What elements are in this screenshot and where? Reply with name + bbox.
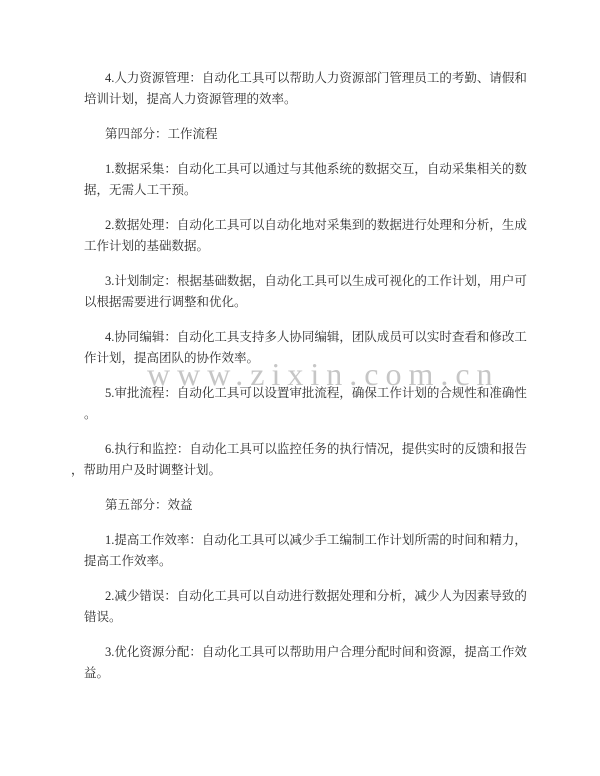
text-line: 以根据需要进行调整和优化。	[84, 292, 532, 313]
document-content: 4.人力资源管理：自动化工具可以帮助人力资源部门管理员工的考勤、请假和培训计划，…	[84, 68, 532, 684]
text-line: 错误。	[84, 607, 532, 628]
paragraph: 1.数据采集：自动化工具可以通过与其他系统的数据交互，自动采集相关的数据，无需人…	[84, 159, 532, 201]
text-line: 2.减少错误：自动化工具可以自动进行数据处理和分析，减少人为因素导致的	[84, 586, 532, 607]
section-heading: 第四部分：工作流程	[84, 124, 532, 145]
text-line: 。	[84, 404, 532, 425]
paragraph: 1.提高工作效率：自动化工具可以减少手工编制工作计划所需的时间和精力，提高工作效…	[84, 530, 532, 572]
text-line: ，帮助用户及时调整计划。	[71, 460, 532, 481]
text-line: 作计划，提高团队的协作效率。	[84, 348, 532, 369]
section-heading: 第五部分：效益	[84, 495, 532, 516]
paragraph: 2.减少错误：自动化工具可以自动进行数据处理和分析，减少人为因素导致的错误。	[84, 586, 532, 628]
text-line: 培训计划，提高人力资源管理的效率。	[84, 89, 532, 110]
text-line: 4.协同编辑：自动化工具支持多人协同编辑，团队成员可以实时查看和修改工	[84, 327, 532, 348]
text-line: 4.人力资源管理：自动化工具可以帮助人力资源部门管理员工的考勤、请假和	[84, 68, 532, 89]
text-line: 益。	[84, 663, 532, 684]
paragraph: 6.执行和监控：自动化工具可以监控任务的执行情况，提供实时的反馈和报告，帮助用户…	[84, 439, 532, 481]
text-line: 1.数据采集：自动化工具可以通过与其他系统的数据交互，自动采集相关的数	[84, 159, 532, 180]
text-line: 据，无需人工干预。	[84, 180, 532, 201]
paragraph: 4.协同编辑：自动化工具支持多人协同编辑，团队成员可以实时查看和修改工作计划，提…	[84, 327, 532, 369]
document-page: www.zixin.com.cn 4.人力资源管理：自动化工具可以帮助人力资源部…	[0, 0, 600, 776]
text-line: 第五部分：效益	[84, 495, 532, 516]
paragraph: 2.数据处理：自动化工具可以自动化地对采集到的数据进行处理和分析，生成工作计划的…	[84, 215, 532, 257]
paragraph: 3.计划制定：根据基础数据，自动化工具可以生成可视化的工作计划，用户可以根据需要…	[84, 271, 532, 313]
text-line: 3.计划制定：根据基础数据，自动化工具可以生成可视化的工作计划，用户可	[84, 271, 532, 292]
paragraph: 4.人力资源管理：自动化工具可以帮助人力资源部门管理员工的考勤、请假和培训计划，…	[84, 68, 532, 110]
paragraph: 3.优化资源分配：自动化工具可以帮助用户合理分配时间和资源，提高工作效益。	[84, 642, 532, 684]
text-line: 6.执行和监控：自动化工具可以监控任务的执行情况，提供实时的反馈和报告	[84, 439, 532, 460]
paragraph: 5.审批流程：自动化工具可以设置审批流程，确保工作计划的合规性和准确性。	[84, 383, 532, 425]
text-line: 1.提高工作效率：自动化工具可以减少手工编制工作计划所需的时间和精力，	[84, 530, 532, 551]
text-line: 5.审批流程：自动化工具可以设置审批流程，确保工作计划的合规性和准确性	[84, 383, 532, 404]
text-line: 工作计划的基础数据。	[84, 236, 532, 257]
text-line: 2.数据处理：自动化工具可以自动化地对采集到的数据进行处理和分析，生成	[84, 215, 532, 236]
text-line: 第四部分：工作流程	[84, 124, 532, 145]
text-line: 3.优化资源分配：自动化工具可以帮助用户合理分配时间和资源，提高工作效	[84, 642, 532, 663]
text-line: 提高工作效率。	[84, 551, 532, 572]
